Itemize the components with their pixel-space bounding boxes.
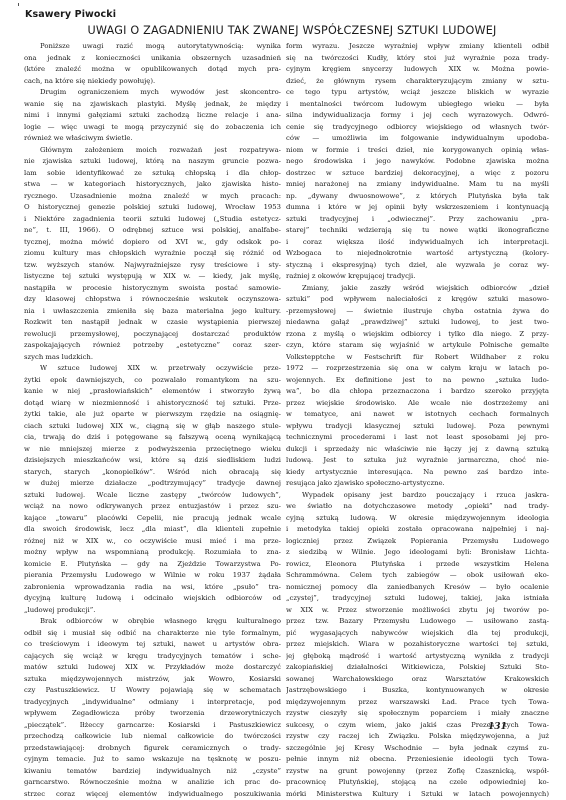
text-line: silna indywidualizacja formy i jej cech …	[286, 110, 549, 122]
text-line: dla swoich środowisk, lecz „dla miast”, …	[24, 524, 281, 536]
text-line: niedawna gałąź „prawdziwej” sztuki ludow…	[286, 317, 549, 329]
text-line: pierania Przemysłu Ludowego w Wilnie w r…	[24, 570, 281, 582]
text-line: dzieć, że głównym rysem charakteryzujący…	[286, 76, 549, 88]
text-line: w dużej mierze działacze „podtrzymujący”…	[24, 478, 281, 490]
text-line: technicznymi procederami i last not leas…	[286, 432, 549, 444]
text-line: (które znaleźć można w opublikowanych do…	[24, 64, 281, 76]
text-line: odbił się i musiał się odbić na charakte…	[24, 628, 281, 640]
text-line: W sztuce ludowej XIX w. przetrwały oczyw…	[24, 363, 281, 375]
text-line: rycznego. Uzasadnienie można znaleźć w m…	[24, 191, 281, 203]
text-line: rzona z myślą o wiejskim odbiorcy i tylk…	[286, 329, 549, 341]
text-line: rzystw na grunt powojenny (przez Zofię C…	[286, 766, 549, 778]
text-line: tzw. wyższych stanów. Najwyraźniejsze ry…	[24, 260, 281, 272]
text-line: 1972 — rozprzestrzenia się ona w całym k…	[286, 363, 549, 375]
text-line: Wzbogaca to niejednokrotnie wartość arty…	[286, 248, 549, 260]
text-line: i mentalności twórcom ludowym ubiegłego …	[286, 99, 549, 111]
text-line: Poniższe uwagi razić mogą autorytatywnoś…	[24, 41, 281, 53]
text-line: wanie się na zjawiskach plastyki. Myślę …	[24, 99, 281, 111]
text-line: cenie się tradycyjnego odbiorcy wiejskie…	[286, 122, 549, 134]
text-line: pełnie innym niż obecna. Przeniesienie i…	[286, 754, 549, 766]
text-line: sowanej Warchałowskiego oraz Warsztatów …	[286, 674, 549, 686]
text-line: rzystw czy raczej ich Związku. Polska mi…	[286, 731, 549, 743]
text-line: Schrammówna. Celem tych zabiegów — obok …	[286, 570, 549, 582]
text-line: przedstawiającej: drobnych figurek ceram…	[24, 743, 281, 755]
text-line: sukcesy, o czym wiem, jako jakiś czas Pr…	[286, 720, 549, 732]
text-line: mórki Ministerstwa Kultury i Sztuki w la…	[286, 789, 549, 800]
text-line: nia i uwłaszczenia zmieniła się baza mat…	[24, 306, 281, 318]
text-line: nimi i innymi gałęziami sztuki zachodzą …	[24, 110, 281, 122]
article-author: Ksawery Piwocki	[25, 9, 116, 20]
text-line: jej głęboką mądrość i wartość artystyczn…	[286, 651, 549, 663]
text-line: zakopiańskiej działalności Witkiewicza, …	[286, 662, 549, 674]
text-line: cyjnym temacie. Już to samo wskazuje na …	[24, 754, 281, 766]
text-line: nastąpiła w procesie historycznym swoist…	[24, 283, 281, 295]
text-line: Rozkwit ten nastąpił jednak w czasie wys…	[24, 317, 281, 329]
text-line: niom w formie i treści dzieł, nie korygo…	[286, 145, 549, 157]
text-line: rewolucji przemysłowej, poczynającej dos…	[24, 329, 281, 341]
text-line: matów sztuki ludowej XIX w. Przykładów m…	[24, 662, 281, 674]
text-line: „ludowej produkcji”.	[24, 605, 281, 617]
text-line: styczną i ekspresyjną) tych dzieł, ale w…	[286, 260, 549, 272]
text-line: logiczniej przez Związek Popierania Prze…	[286, 536, 549, 548]
text-line: Zmiany, jakie zaszły wśród wiejskich odb…	[286, 283, 549, 295]
text-line: logie — więc uwagi te mogą przyczynić si…	[24, 122, 281, 134]
text-line: dumna i które w jej opinii były wskrzesz…	[286, 202, 549, 214]
text-line: cających się wciąż w kręgu tradycyjnych …	[24, 651, 281, 663]
text-line: czyn, które staram się wyjaśnić w artyku…	[286, 340, 549, 352]
text-line: ciach sztuki ludowej XIX w., ciągną się …	[24, 421, 281, 433]
text-line: resująca jako zjawisko społeczno-artysty…	[286, 478, 549, 490]
text-line: pić wygasających nabywców wiejskich dla …	[286, 628, 549, 640]
text-line: sztuki ludowej. Wcale liczne zastępy „tw…	[24, 490, 281, 502]
text-line: zaspokajających również potrzeby „estety…	[24, 340, 281, 352]
text-line: w XIX w. Przez stworzenie możliwości zby…	[286, 605, 549, 617]
text-line: wojennych. Ex definitione jest to na pew…	[286, 375, 549, 387]
text-line: pracownicę Plutyńskiej, stojącą na czele…	[286, 777, 549, 789]
text-line: Volkstepptche w Festschrift für Robert W…	[286, 352, 549, 364]
text-line: Głównym założeniem moich rozważań jest r…	[24, 145, 281, 157]
text-line: Wypadek opisany jest bardzo pouczający i…	[286, 490, 549, 502]
text-line: sztuki tradycyjnej i „odwiecznej”. Przy …	[286, 214, 549, 226]
text-line: sztuki” pod wpływem naleciałości z kręgó…	[286, 294, 549, 306]
text-line: również we właściwym świetle.	[24, 133, 281, 145]
article-title: UWAGI O ZAGADNIENIU TAK ZWANEJ WSPÓŁCZES…	[0, 24, 566, 37]
text-line: strzec coraz więcej elementów indywidual…	[24, 789, 281, 800]
text-line: Drugim ograniczeniem mych wywodów jest s…	[24, 87, 281, 99]
text-line: tradycyjnych „indywidualne” odmiany i in…	[24, 697, 281, 709]
text-line: rowicz, Eleonora Plutyńska i przede wszy…	[286, 559, 549, 571]
text-line: starych, starych „konopielków”. Wśród ni…	[24, 467, 281, 479]
text-line: możny wpływ na wspomnianą produkcję. Roz…	[24, 547, 281, 559]
text-line: ne”, t. III, 1966). O odrębnej sztuce ws…	[24, 225, 281, 237]
text-line: się na twórczości Kudły, który stoi już …	[286, 53, 549, 65]
text-line: przez tzw. Bazary Przemysłu Ludowego — u…	[286, 616, 549, 628]
text-line: żytki takie, ale już oparte w pierwszym …	[24, 409, 281, 421]
text-line: szczególnie jej Kresy Wschodnie — była j…	[286, 743, 549, 755]
text-line: stwa — w kategoriach historycznych, jako…	[24, 179, 281, 191]
text-line: przechodzą całkowicie lub niemal całkowi…	[24, 731, 281, 743]
text-line: ludową. Jest to sztuka już wyraźnie jarm…	[286, 455, 549, 467]
text-line: nie zjawiska sztuki ludowej, którą na na…	[24, 156, 281, 168]
text-line: dukcji i sprzedaży nic właściwie nie łąc…	[286, 444, 549, 456]
text-line: kające „towaru” placówki Cepelii, nie pr…	[24, 513, 281, 525]
text-line: co treściowym i ideowym tej sztuki, nawe…	[24, 639, 281, 651]
text-line: czy Pastuszkiewicz. U Wowry pojawiają si…	[24, 685, 281, 697]
text-line: wciąż na nowo odkrywanych przez entuzjas…	[24, 501, 281, 513]
text-line: i coraz większa ilość indywidualnych ich…	[286, 237, 549, 249]
text-line: „pieczątek”. Iłżeccy garncarze: Kosiarsk…	[24, 720, 281, 732]
text-line: wpływem Zegadłowicza próby tworzenia drz…	[24, 708, 281, 720]
text-line: dzy klasowej chłopstwa i równocześnie ws…	[24, 294, 281, 306]
text-line: komicie E. Plutyńska — gdy na Zjeździe T…	[24, 559, 281, 571]
text-line: Jastrzębowskiego i Buszka, kontynuowanyc…	[286, 685, 549, 697]
page-number: 131	[488, 722, 507, 732]
scan-mark	[18, 3, 19, 6]
text-line: lam sobie identyfikować ze sztuką chłops…	[24, 168, 281, 180]
text-line: ziomu kultury mas chłopskich wyraźnie po…	[24, 248, 281, 260]
text-line: cyjną sztuką ludową. W okresie międzywoj…	[286, 513, 549, 525]
text-line: międzywojennym przez warszawski Ład. Pra…	[286, 697, 549, 709]
text-line: i metodyka takiej opieki została opracow…	[286, 524, 549, 536]
text-line: np. „dywany dwuosnowowe”, z których Plut…	[286, 191, 549, 203]
text-column-left: Poniższe uwagi razić mogą autorytatywnoś…	[24, 41, 281, 800]
text-line: w nie mniejszej mierze z podwyższenia pr…	[24, 444, 281, 456]
text-line: szych mas ludzkich.	[24, 352, 281, 364]
text-line: tycznej, można mówić dopiero od XVI w., …	[24, 237, 281, 249]
text-line: kanie w niej „prasłowiańskich” elementów…	[24, 386, 281, 398]
text-line: w tematyce, ani nawet w istotnych cechac…	[286, 409, 549, 421]
text-line: raźniej z okowów krępującej tradycji.	[286, 271, 549, 283]
text-line: starej” techniki wdzierają się tu nowe w…	[286, 225, 549, 237]
text-line: cach, na które się niekiedy powołuję).	[24, 76, 281, 88]
text-line: O historycznej genezie polskiej sztuki l…	[24, 202, 281, 214]
text-line: dostrzec w sztuce bardziej dekoracyjnej,…	[286, 168, 549, 180]
text-line: z siedzibą w Wilnie. Jego ideologami byl…	[286, 547, 549, 559]
text-line: żytki epok dawniejszych, co pozwalało ro…	[24, 375, 281, 387]
text-line: „czystej”, tradycyjnej sztuki ludowej, t…	[286, 593, 549, 605]
text-line: -przemysłowej — świetnie ilustruje chyba…	[286, 306, 549, 318]
text-line: dotąd wiarę w niezmienność i ahistoryczn…	[24, 398, 281, 410]
text-line: Brak odbiorców w obrębie własnego kręgu …	[24, 616, 281, 628]
text-line: ona jednak z konieczności unikania obsze…	[24, 53, 281, 65]
text-column-right: form wyrazu. Jeszcze wyraźniej wpływ zmi…	[286, 41, 549, 800]
text-line: rzystw cieszyły się społecznym poparciem…	[286, 708, 549, 720]
text-line: cia, trwają do dziś i potęgowane są fałs…	[24, 432, 281, 444]
text-line: garncarstwo. Równocześnie można w analiz…	[24, 777, 281, 789]
text-line: różnej niż w XIX w., co oczywiście musi …	[24, 536, 281, 548]
text-line: ce tego typu artystów, wciąż jeszcze bli…	[286, 87, 549, 99]
text-line: dzisiejszych mieszkańców wsi, które są d…	[24, 455, 281, 467]
text-line: kiedy artystycznie interesująca. Na pewn…	[286, 467, 549, 479]
text-line: we światło na dotychczasowe metody „opie…	[286, 501, 549, 513]
text-line: nego środowiska i jego nawyków. Podobne …	[286, 156, 549, 168]
text-line: przez miejskich. Wiara w pozahistoryczne…	[286, 639, 549, 651]
text-line: ców — umożliwia im folgowanie indywidual…	[286, 133, 549, 145]
text-line: mniej narażonej na zmiany indywidualne. …	[286, 179, 549, 191]
text-line: zabronienia wprowadzania radia na wsi, k…	[24, 582, 281, 594]
text-line: sztuka międzywojennych mistrzów, jak Wow…	[24, 674, 281, 686]
text-line: listyczne tej sztuki występują w XIX w. …	[24, 271, 281, 283]
text-line: przez wiejskie środowisko. Ale wcale nie…	[286, 398, 549, 410]
text-line: i Niektóre zagadnienia teorii sztuki lud…	[24, 214, 281, 226]
text-line: kiwaniu tematów bardziej indywidualnych …	[24, 766, 281, 778]
text-line: cyjnym kręgiem snycerzy ludowych XIX w. …	[286, 64, 549, 76]
text-line: wpływu tradycji klasycznej sztuki ludowe…	[286, 421, 549, 433]
text-line: form wyrazu. Jeszcze wyraźniej wpływ zmi…	[286, 41, 549, 53]
text-line: nomicznej pomocy dla zaniedbanych Kresów…	[286, 582, 549, 594]
text-line: dycyjną kulturę ludową i odcinało wiejsk…	[24, 593, 281, 605]
text-line: wa”, bo dla chłopa przeznaczona i bardzo…	[286, 386, 549, 398]
